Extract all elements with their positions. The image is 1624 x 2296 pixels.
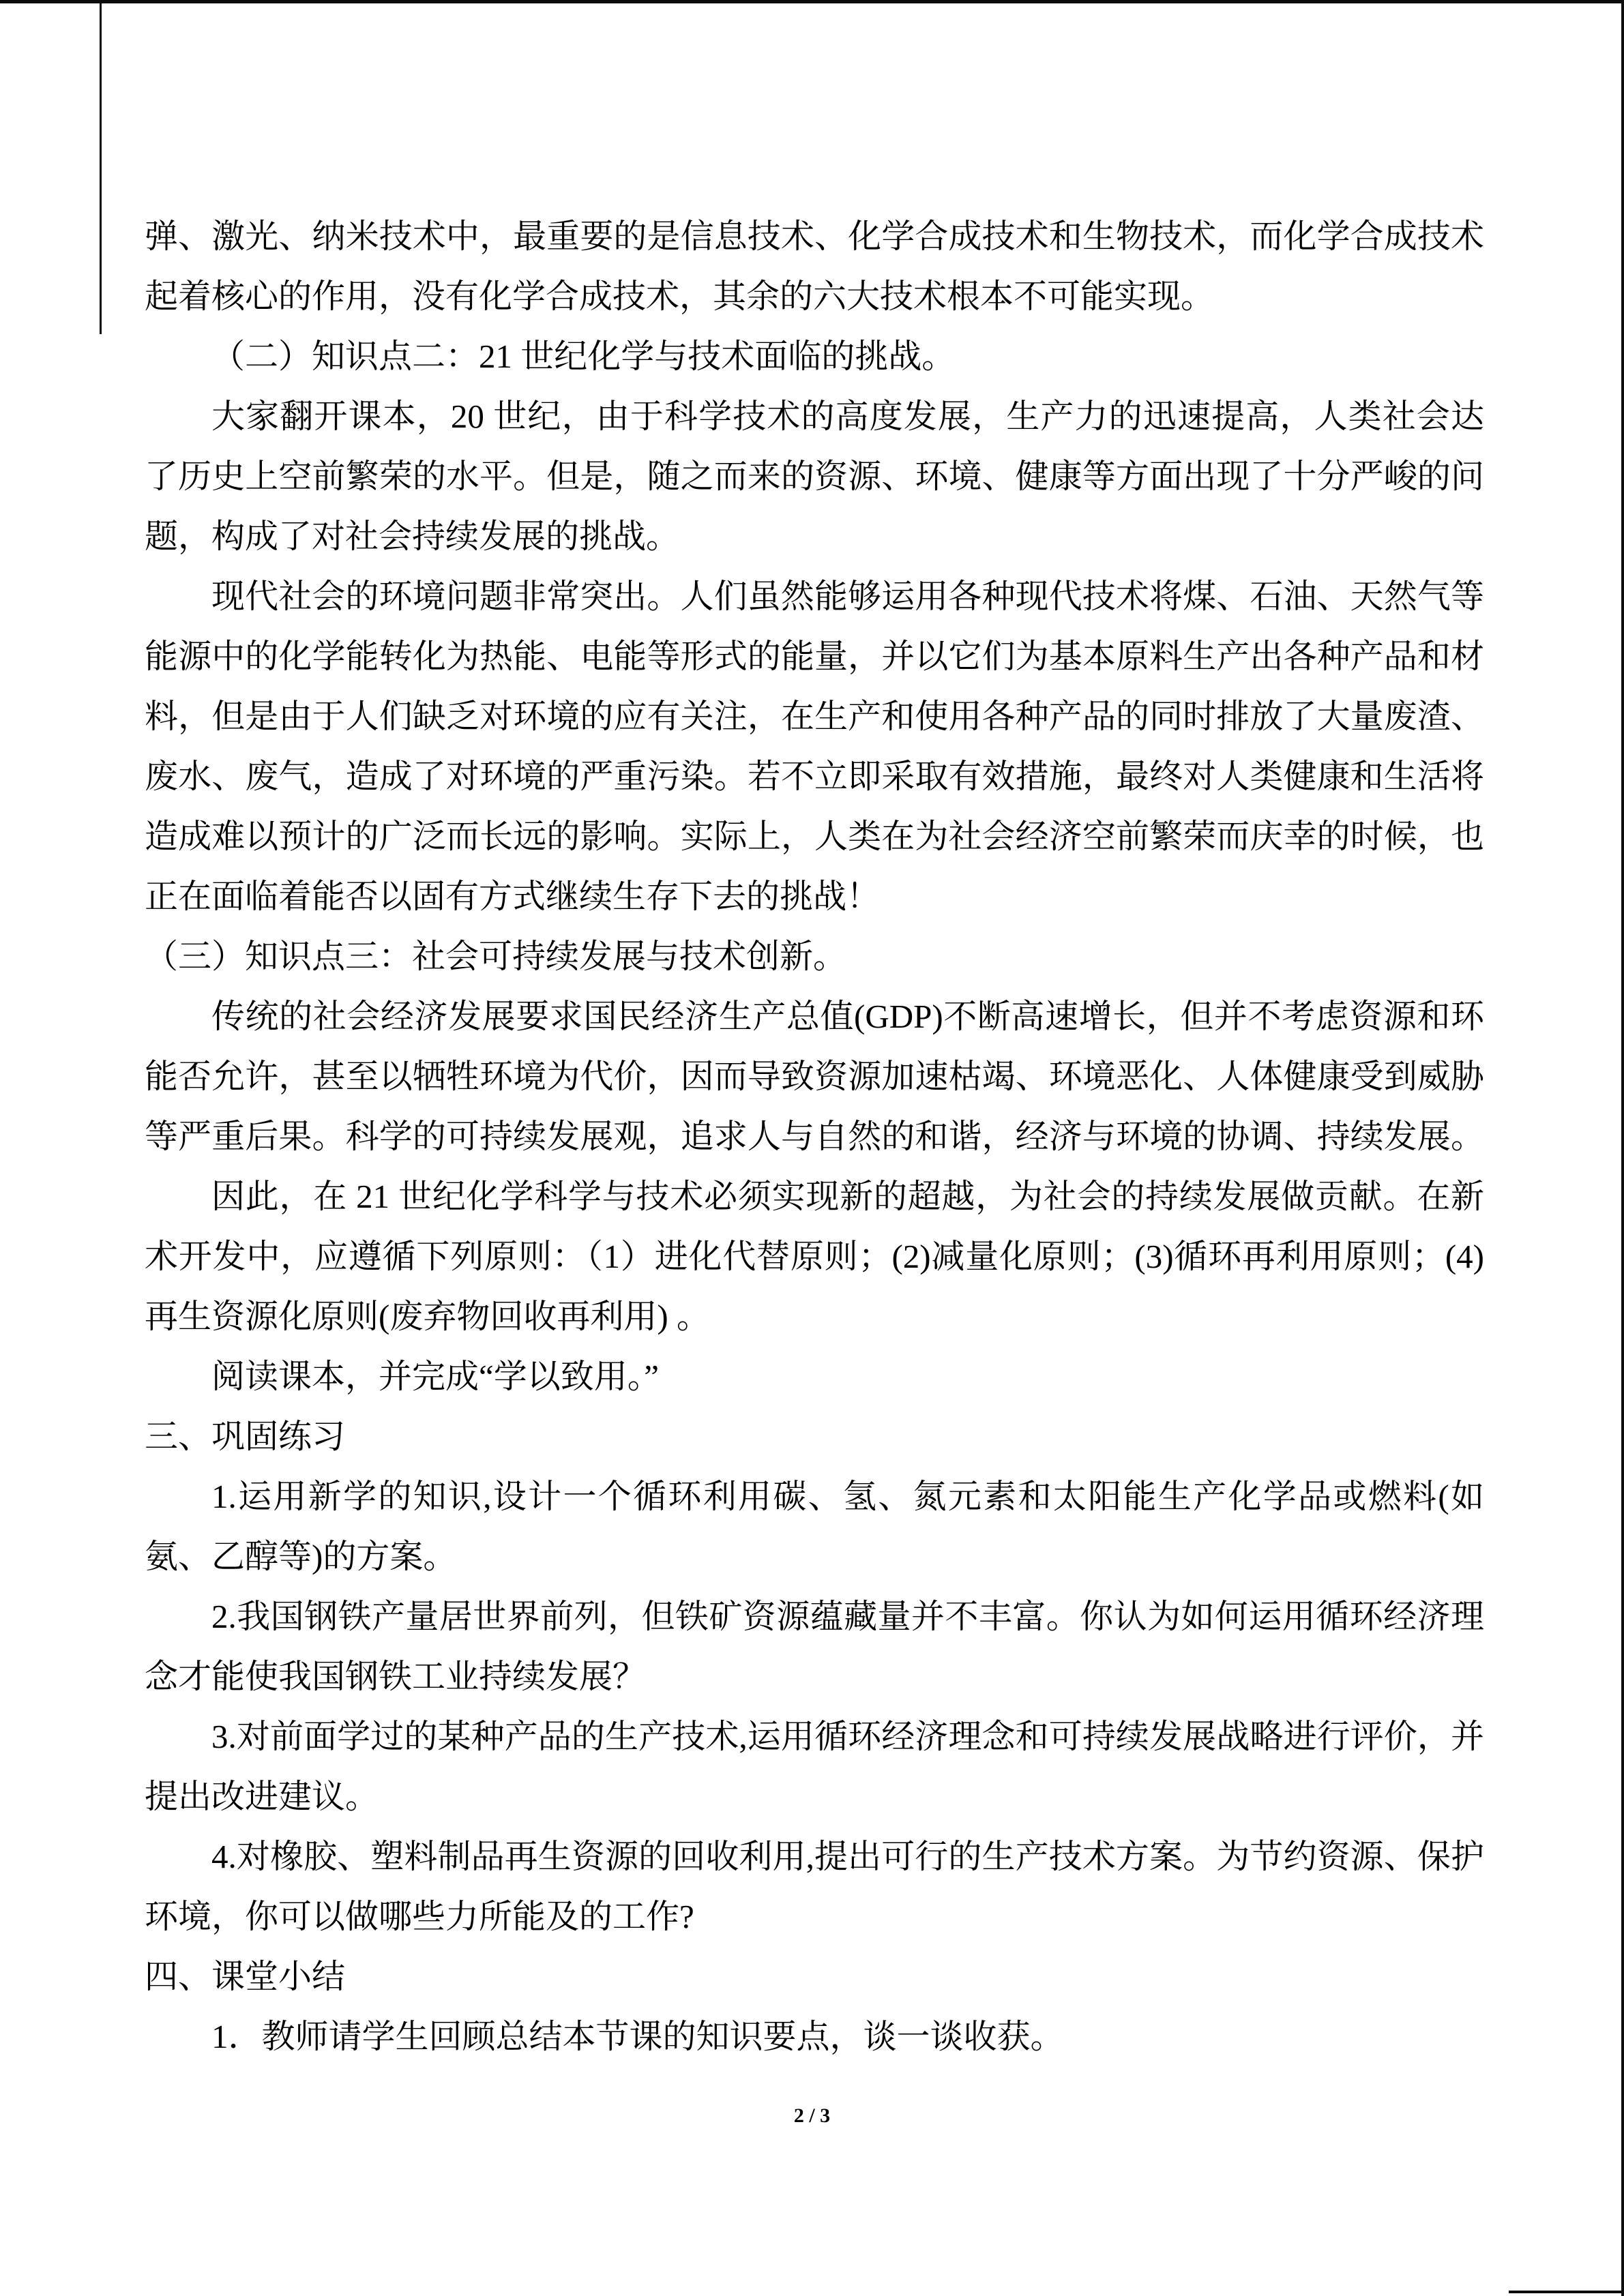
page-footer: 2 / 3 [0, 2102, 1624, 2130]
text-line: 四、课堂小结 [145, 1947, 1484, 2007]
text-line: 起着核心的作用，没有化学合成技术，其余的六大技术根本不可能实现。 [145, 267, 1484, 327]
document-page: 弹、激光、纳米技术中，最重要的是信息技术、化学合成技术和生物技术，而化学合成技术… [0, 0, 1624, 2296]
text-line: 2.我国钢铁产量居世界前列，但铁矿资源蕴藏量并不丰富。你认为如何运用循环经济理 [145, 1587, 1484, 1647]
text-line: 能源中的化学能转化为热能、电能等形式的能量，并以它们为基本原料生产出各种产品和材 [145, 627, 1484, 687]
text-line: 环境，你可以做哪些力所能及的工作? [145, 1887, 1484, 1947]
text-line: 正在面临着能否以固有方式继续生存下去的挑战！ [145, 867, 1484, 927]
text-line: 三、巩固练习 [145, 1407, 1484, 1467]
text-line: 传统的社会经济发展要求国民经济生产总值(GDP)不断高速增长，但并不考虑资源和环… [145, 987, 1484, 1047]
text-line: 氨、乙醇等)的方案。 [145, 1527, 1484, 1587]
scan-edge-bottom [1509, 2291, 1624, 2293]
text-line: 题，构成了对社会持续发展的挑战。 [145, 507, 1484, 567]
text-line: 1．教师请学生回顾总结本节课的知识要点，谈一谈收获。 [145, 2007, 1484, 2067]
text-line: 阅读课本，并完成“学以致用。” [145, 1347, 1484, 1407]
text-line: 等严重后果。科学的可持续发展观，追求人与自然的和谐，经济与环境的协调、持续发展。 [145, 1107, 1484, 1167]
text-line: 术开发中，应遵循下列原则：（1）进化代替原则；(2)减量化原则；(3)循环再利用… [145, 1227, 1484, 1287]
document-body: 弹、激光、纳米技术中，最重要的是信息技术、化学合成技术和生物技术，而化学合成技术… [0, 0, 1624, 2067]
text-line: 能否允许，甚至以牺牲环境为代价，因而导致资源加速枯竭、环境恶化、人体健康受到威胁 [145, 1047, 1484, 1107]
text-line: 现代社会的环境问题非常突出。人们虽然能够运用各种现代技术将煤、石油、天然气等 [145, 567, 1484, 627]
text-line: 大家翻开课本，20 世纪，由于科学技术的高度发展，生产力的迅速提高，人类社会达到 [145, 387, 1484, 447]
text-line: 4.对橡胶、塑料制品再生资源的回收利用,提出可行的生产技术方案。为节约资源、保护 [145, 1827, 1484, 1887]
text-line: 提出改进建议。 [145, 1767, 1484, 1827]
page-number: 2 / 3 [794, 2104, 830, 2127]
text-line: 弹、激光、纳米技术中，最重要的是信息技术、化学合成技术和生物技术，而化学合成技术 [145, 207, 1484, 267]
text-line: 造成难以预计的广泛而长远的影响。实际上，人类在为社会经济空前繁荣而庆幸的时候，也 [145, 807, 1484, 867]
text-line: 3.对前面学过的某种产品的生产技术,运用循环经济理念和可持续发展战略进行评价，并 [145, 1707, 1484, 1767]
text-line: 废水、废气，造成了对环境的严重污染。若不立即采取有效措施，最终对人类健康和生活将 [145, 747, 1484, 807]
text-line: 再生资源化原则(废弃物回收再利用) 。 [145, 1287, 1484, 1347]
text-line: 了历史上空前繁荣的水平。但是，随之而来的资源、环境、健康等方面出现了十分严峻的问 [145, 447, 1484, 507]
text-line: 1.运用新学的知识,设计一个循环利用碳、氢、氮元素和太阳能生产化学品或燃料(如 [145, 1467, 1484, 1527]
text-line: 念才能使我国钢铁工业持续发展？ [145, 1647, 1484, 1707]
text-line: 因此，在 21 世纪化学科学与技术必须实现新的超越，为社会的持续发展做贡献。在新… [145, 1167, 1484, 1227]
text-line: （二）知识点二：21 世纪化学与技术面临的挑战。 [145, 327, 1484, 387]
text-line: （三）知识点三：社会可持续发展与技术创新。 [145, 927, 1484, 987]
text-line: 料，但是由于人们缺乏对环境的应有关注，在生产和使用各种产品的同时排放了大量废渣、 [145, 687, 1484, 747]
